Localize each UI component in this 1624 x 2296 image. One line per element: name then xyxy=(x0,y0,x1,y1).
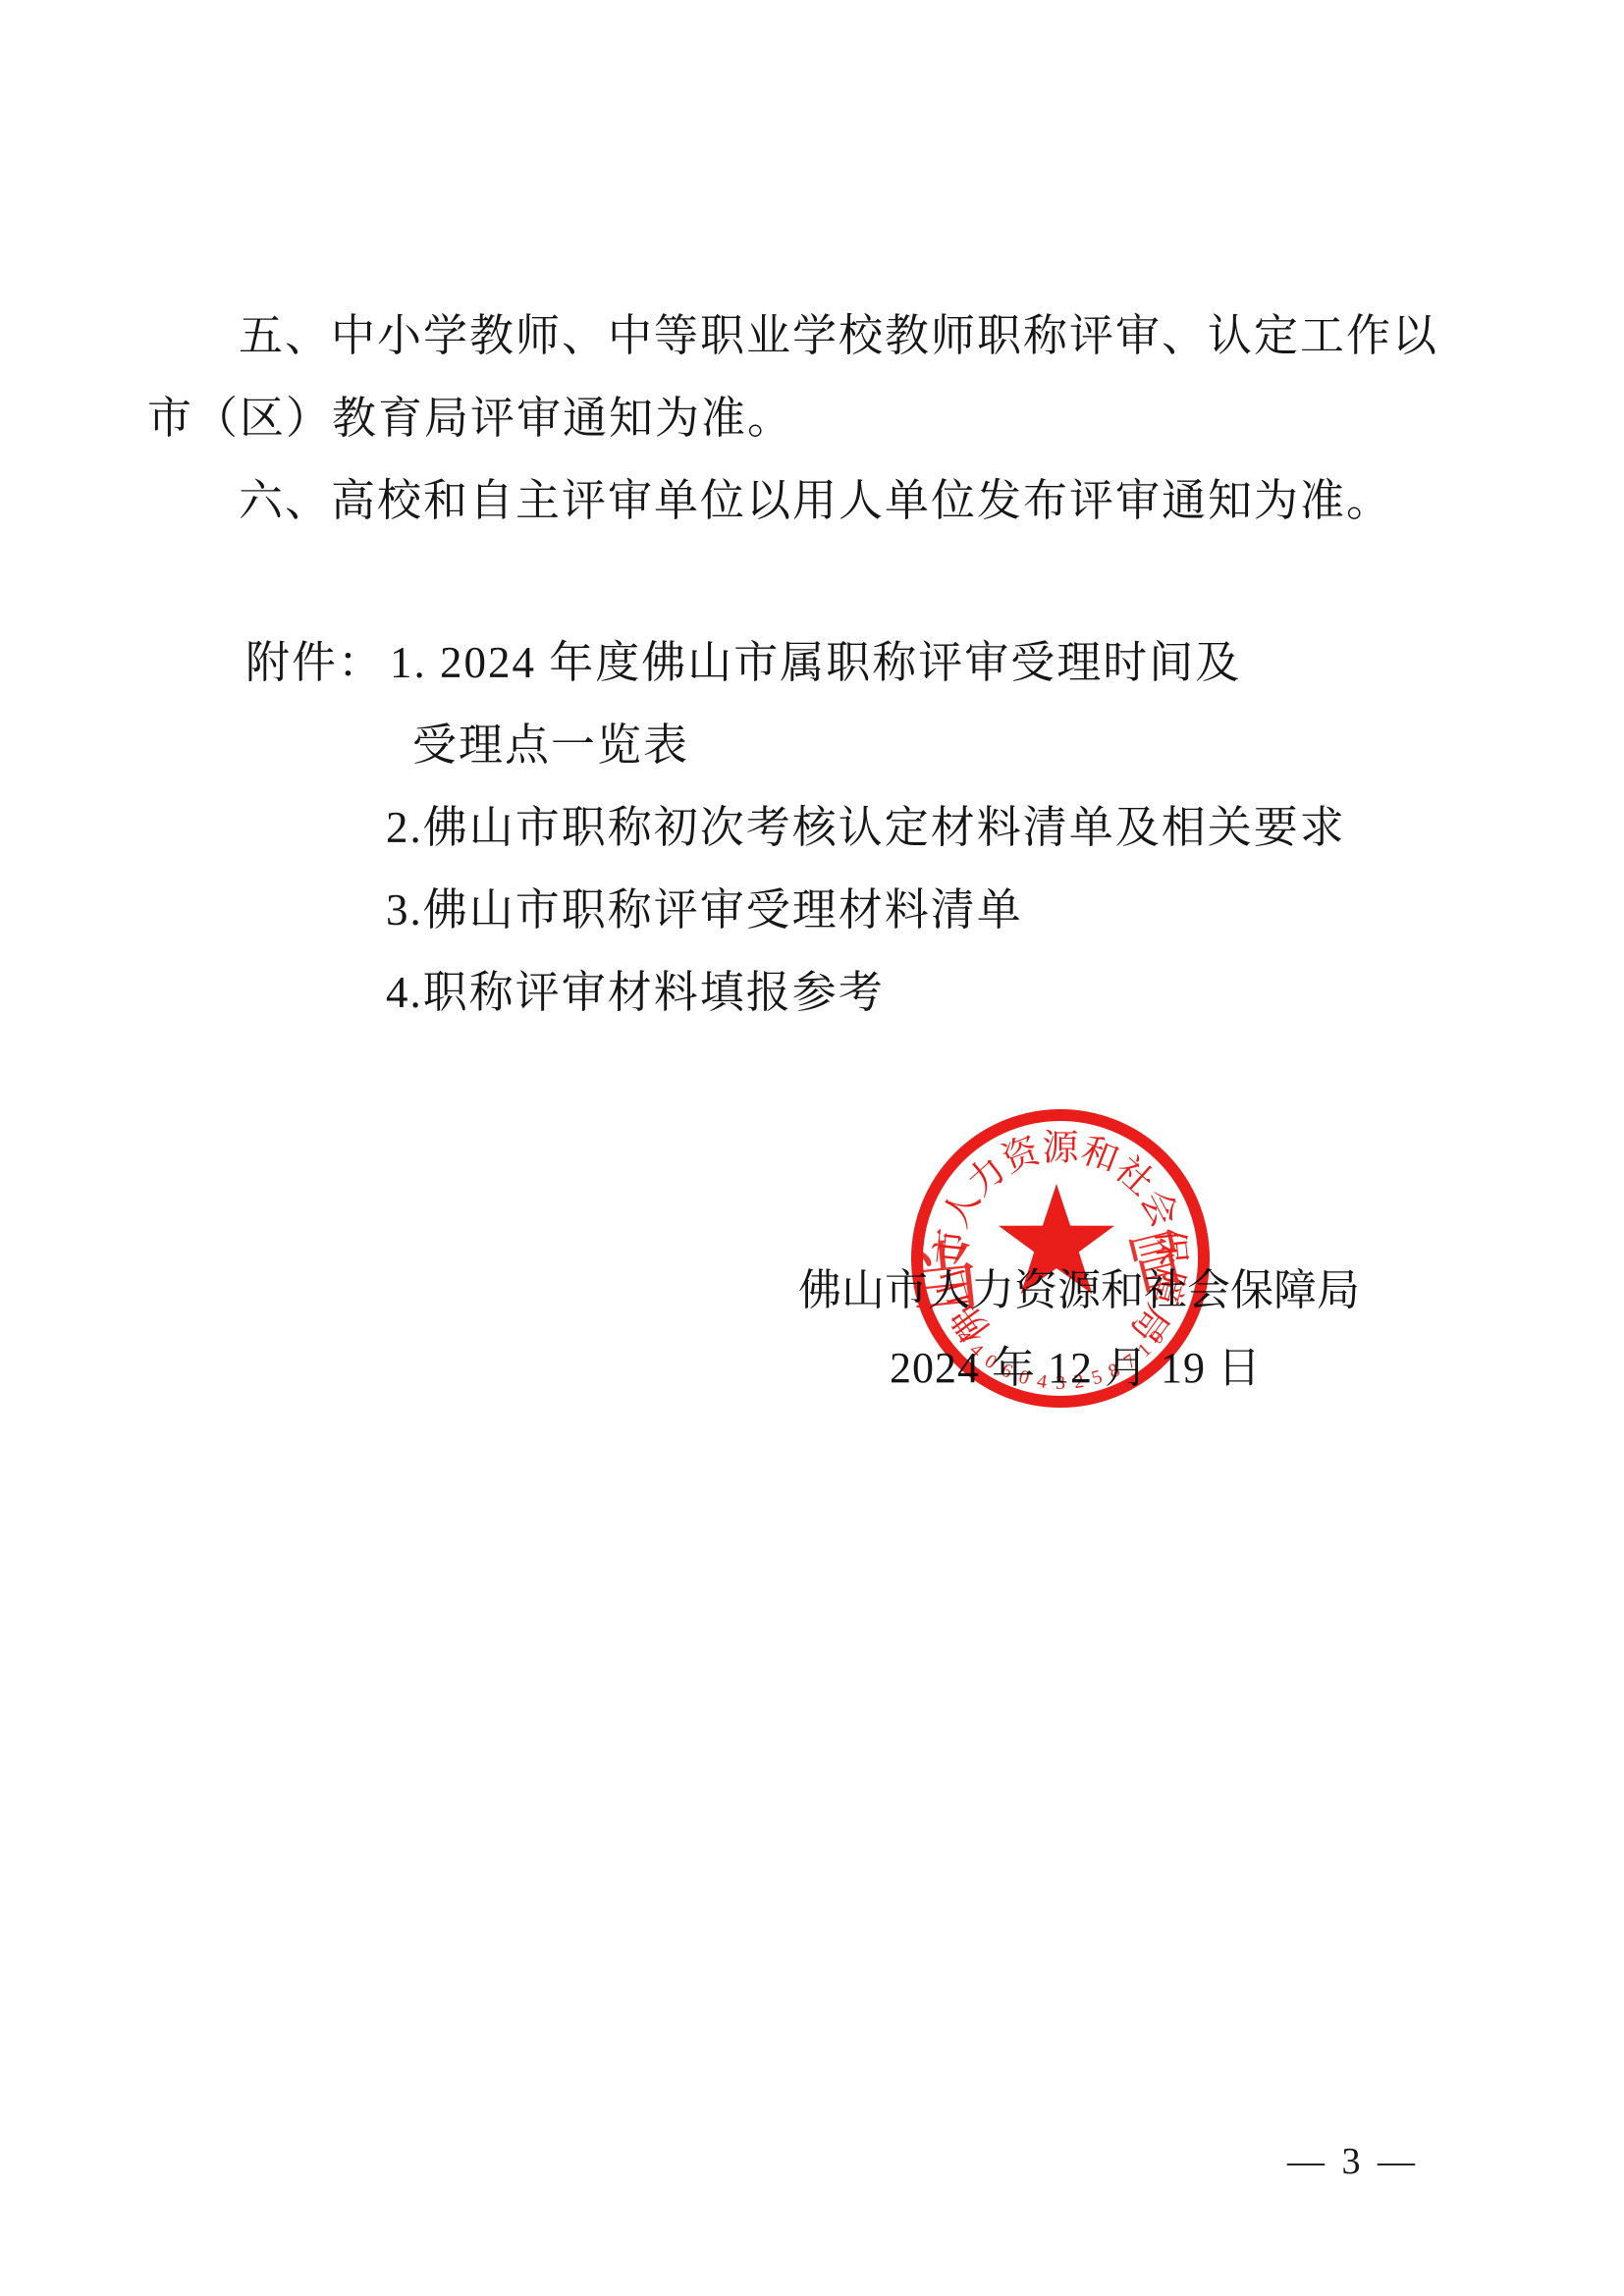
attachments-heading: 附件： xyxy=(245,638,384,687)
seal-code-digit: 0 xyxy=(981,1350,1001,1373)
attachment-item3: 3.佛山市职称评审受理材料清单 xyxy=(386,888,1023,933)
paragraph-item5-line2: 市（区）教育局评审通知为准。 xyxy=(147,397,793,441)
seal-code-digit: 3 xyxy=(1056,1372,1065,1394)
paragraph-item5-line1: 五、中小学教师、中等职业学校教师职称评审、认定工作以 xyxy=(239,314,1438,358)
seal-code-digit: 2 xyxy=(1072,1370,1085,1393)
official-seal: 佛山市人力资源和社会保障局4406043258719当冒 xyxy=(893,1092,1227,1425)
seal-code-digit: 0 xyxy=(1016,1365,1032,1389)
page-number: — 3 — xyxy=(1287,2143,1419,2180)
attachment-item1-line2: 受理点一览表 xyxy=(412,723,689,768)
attachment-item4: 4.职称评审材料填报参考 xyxy=(386,971,885,1015)
seal-code-digit: 7 xyxy=(1120,1350,1141,1373)
seal-code-digit: 4 xyxy=(1036,1370,1049,1393)
seal-watermark-glyph: 当 xyxy=(902,1232,988,1325)
seal-code-digit: 5 xyxy=(1089,1365,1105,1389)
attachments-line1: 附件：1. 2024 年度佛山市属职称评审受理时间及 xyxy=(245,641,1241,685)
document-page: 五、中小学教师、中等职业学校教师职称评审、认定工作以 市（区）教育局评审通知为准… xyxy=(0,0,1624,2296)
paragraph-item6: 六、高校和自主评审单位以用人单位发布评审通知为准。 xyxy=(239,479,1392,523)
seal-code-digit: 6 xyxy=(998,1360,1015,1383)
seal-star-icon xyxy=(999,1184,1114,1294)
seal-code-digit: 8 xyxy=(1105,1360,1122,1383)
attachment-item1-line1: 1. 2024 年度佛山市属职称评审受理时间及 xyxy=(390,638,1241,687)
attachment-item2: 2.佛山市职称初次考核认定材料清单及相关要求 xyxy=(386,806,1346,850)
seal-arc-char: 源 xyxy=(1043,1129,1080,1169)
